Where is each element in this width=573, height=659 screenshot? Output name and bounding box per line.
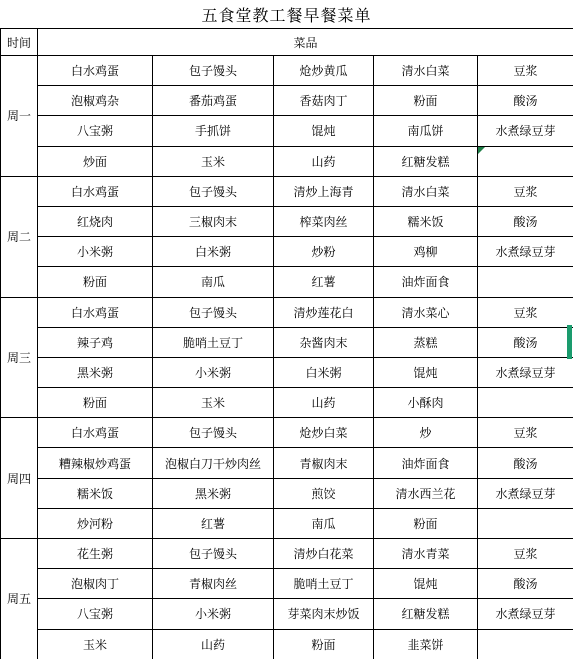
dish-cell[interactable]: 油炸面食: [374, 267, 478, 297]
dish-cell[interactable]: 青椒肉末: [274, 448, 374, 478]
selection-border-fragment: [567, 325, 572, 359]
dish-cell[interactable]: 炒: [374, 418, 478, 448]
dish-cell[interactable]: 泡椒白刀干炒肉丝: [153, 448, 274, 478]
dish-cell[interactable]: 水煮绿豆芽: [478, 116, 573, 146]
dish-cell[interactable]: 黑米粥: [153, 478, 274, 508]
dish-cell[interactable]: 油炸面食: [374, 448, 478, 478]
dish-cell[interactable]: 清水菜心: [374, 297, 478, 327]
dish-cell[interactable]: 酸汤: [478, 86, 573, 116]
menu-row: 周二 白水鸡蛋 包子馒头 清炒上海青 清水白菜 豆浆: [1, 176, 573, 206]
dish-cell[interactable]: 煎饺: [274, 478, 374, 508]
menu-row: 八宝粥 手抓饼 馄炖 南瓜饼 水煮绿豆芽: [1, 116, 573, 146]
header-dishes-cell[interactable]: 菜品: [38, 29, 573, 56]
dish-cell[interactable]: 山药: [274, 146, 374, 176]
dish-cell[interactable]: 糟辣椒炒鸡蛋: [38, 448, 153, 478]
menu-row: 泡椒鸡杂 番茄鸡蛋 香菇肉丁 粉面 酸汤: [1, 86, 573, 116]
dish-cell[interactable]: 八宝粥: [38, 599, 153, 629]
dish-cell[interactable]: [478, 146, 573, 176]
menu-row: 粉面 玉米 山药 小酥肉: [1, 388, 573, 418]
dish-cell[interactable]: 糯米饭: [38, 478, 153, 508]
dish-cell[interactable]: 青椒肉丝: [153, 569, 274, 599]
dish-cell[interactable]: 包子馒头: [153, 418, 274, 448]
dish-cell[interactable]: 红薯: [153, 508, 274, 538]
dish-cell[interactable]: 炝炒黄瓜: [274, 56, 374, 86]
dish-cell[interactable]: 杂酱肉末: [274, 327, 374, 357]
dish-cell[interactable]: 南瓜: [274, 508, 374, 538]
dish-cell[interactable]: 水煮绿豆芽: [478, 237, 573, 267]
dish-cell[interactable]: [478, 267, 573, 297]
dish-cell[interactable]: 馄炖: [374, 569, 478, 599]
header-row: 时间 菜品: [1, 29, 573, 56]
dish-cell[interactable]: 脆哨土豆丁: [153, 327, 274, 357]
dish-cell[interactable]: 白水鸡蛋: [38, 56, 153, 86]
day-label-thursday[interactable]: 周四: [1, 418, 38, 539]
menu-row: 黑米粥 小米粥 白米粥 馄炖 水煮绿豆芽: [1, 357, 573, 387]
dish-cell[interactable]: 清炒莲花白: [274, 297, 374, 327]
dish-cell[interactable]: [478, 388, 573, 418]
menu-row: 周四 白水鸡蛋 包子馒头 炝炒白菜 炒 豆浆: [1, 418, 573, 448]
dish-cell[interactable]: 清水白菜: [374, 56, 478, 86]
dish-cell[interactable]: 红糖发糕: [374, 146, 478, 176]
dish-cell[interactable]: 白水鸡蛋: [38, 418, 153, 448]
dish-cell[interactable]: 清水青菜: [374, 539, 478, 569]
dish-cell[interactable]: 脆哨土豆丁: [274, 569, 374, 599]
dish-cell[interactable]: 鸡柳: [374, 237, 478, 267]
dish-cell[interactable]: 玉米: [38, 629, 153, 659]
day-label-friday[interactable]: 周五: [1, 539, 38, 659]
menu-row: 泡椒肉丁 青椒肉丝 脆哨土豆丁 馄炖 酸汤: [1, 569, 573, 599]
menu-row: 小米粥 白米粥 炒粉 鸡柳 水煮绿豆芽: [1, 237, 573, 267]
dish-cell[interactable]: 清水白菜: [374, 176, 478, 206]
dish-cell[interactable]: 炝炒白菜: [274, 418, 374, 448]
dish-cell[interactable]: 馄炖: [274, 116, 374, 146]
menu-row: 炒面 玉米 山药 红糖发糕: [1, 146, 573, 176]
dish-cell[interactable]: 粉面: [374, 508, 478, 538]
dish-cell[interactable]: 泡椒肉丁: [38, 569, 153, 599]
dish-cell[interactable]: 清炒上海青: [274, 176, 374, 206]
dish-cell[interactable]: 玉米: [153, 146, 274, 176]
dish-cell[interactable]: 酸汤: [478, 569, 573, 599]
dish-cell[interactable]: 小米粥: [38, 237, 153, 267]
dish-cell[interactable]: 粉面: [374, 86, 478, 116]
dish-cell[interactable]: 粉面: [38, 388, 153, 418]
header-time-cell[interactable]: 时间: [1, 29, 38, 56]
dish-cell[interactable]: 包子馒头: [153, 539, 274, 569]
dish-cell[interactable]: 白水鸡蛋: [38, 297, 153, 327]
menu-row: 糯米饭 黑米粥 煎饺 清水西兰花 水煮绿豆芽: [1, 478, 573, 508]
menu-row: 周一 白水鸡蛋 包子馒头 炝炒黄瓜 清水白菜 豆浆: [1, 56, 573, 86]
dish-cell[interactable]: 白米粥: [153, 237, 274, 267]
dish-cell[interactable]: 红糖发糕: [374, 599, 478, 629]
dish-cell[interactable]: 红薯: [274, 267, 374, 297]
dish-cell[interactable]: 香菇肉丁: [274, 86, 374, 116]
dish-cell[interactable]: 酸汤: [478, 327, 573, 357]
dish-cell[interactable]: 小米粥: [153, 599, 274, 629]
day-label-tuesday[interactable]: 周二: [1, 176, 38, 297]
dish-cell[interactable]: 清炒白花菜: [274, 539, 374, 569]
dish-cell[interactable]: 黑米粥: [38, 357, 153, 387]
dish-cell[interactable]: 豆浆: [478, 176, 573, 206]
dish-cell[interactable]: 炒河粉: [38, 508, 153, 538]
dish-cell[interactable]: 山药: [153, 629, 274, 659]
dish-cell[interactable]: 馄炖: [374, 357, 478, 387]
dish-cell[interactable]: 水煮绿豆芽: [478, 478, 573, 508]
dish-cell[interactable]: 芽菜肉末炒饭: [274, 599, 374, 629]
dish-cell[interactable]: 粉面: [38, 267, 153, 297]
dish-cell[interactable]: 豆浆: [478, 56, 573, 86]
menu-row: 周三 白水鸡蛋 包子馒头 清炒莲花白 清水菜心 豆浆: [1, 297, 573, 327]
menu-row: 周五 花生粥 包子馒头 清炒白花菜 清水青菜 豆浆: [1, 539, 573, 569]
dish-cell[interactable]: 酸汤: [478, 448, 573, 478]
dish-cell[interactable]: 榨菜肉丝: [274, 206, 374, 236]
dish-cell[interactable]: 玉米: [153, 388, 274, 418]
dish-cell[interactable]: 酸汤: [478, 206, 573, 236]
day-label-wednesday[interactable]: 周三: [1, 297, 38, 418]
dish-cell[interactable]: 八宝粥: [38, 116, 153, 146]
menu-row: 八宝粥 小米粥 芽菜肉末炒饭 红糖发糕 水煮绿豆芽: [1, 599, 573, 629]
dish-cell[interactable]: 小米粥: [153, 357, 274, 387]
dish-cell[interactable]: 韭菜饼: [374, 629, 478, 659]
dish-cell[interactable]: 手抓饼: [153, 116, 274, 146]
dish-cell[interactable]: 小酥肉: [374, 388, 478, 418]
dish-cell[interactable]: [478, 508, 573, 538]
dish-cell[interactable]: 花生粥: [38, 539, 153, 569]
menu-row: 炒河粉 红薯 南瓜 粉面: [1, 508, 573, 538]
dish-cell[interactable]: 山药: [274, 388, 374, 418]
menu-row: 辣子鸡 脆哨土豆丁 杂酱肉末 蒸糕 酸汤: [1, 327, 573, 357]
dish-cell[interactable]: [478, 629, 573, 659]
dish-cell[interactable]: 包子馒头: [153, 56, 274, 86]
dish-cell[interactable]: 南瓜: [153, 267, 274, 297]
dish-cell[interactable]: 番茄鸡蛋: [153, 86, 274, 116]
dish-cell[interactable]: 豆浆: [478, 297, 573, 327]
menu-row: 玉米 山药 粉面 韭菜饼: [1, 629, 573, 659]
page-title: 五食堂教工餐早餐菜单: [0, 0, 573, 28]
day-label-monday[interactable]: 周一: [1, 56, 38, 177]
dish-cell[interactable]: 白米粥: [274, 357, 374, 387]
dish-cell[interactable]: 粉面: [274, 629, 374, 659]
dish-cell[interactable]: 泡椒鸡杂: [38, 86, 153, 116]
dish-cell[interactable]: 炒粉: [274, 237, 374, 267]
dish-cell[interactable]: 白水鸡蛋: [38, 176, 153, 206]
dish-cell[interactable]: 包子馒头: [153, 176, 274, 206]
dish-cell[interactable]: 红烧肉: [38, 206, 153, 236]
dish-cell[interactable]: 糯米饭: [374, 206, 478, 236]
dish-cell[interactable]: 包子馒头: [153, 297, 274, 327]
menu-row: 粉面 南瓜 红薯 油炸面食: [1, 267, 573, 297]
dish-cell[interactable]: 南瓜饼: [374, 116, 478, 146]
dish-cell[interactable]: 豆浆: [478, 418, 573, 448]
dish-cell[interactable]: 三椒肉末: [153, 206, 274, 236]
dish-cell[interactable]: 辣子鸡: [38, 327, 153, 357]
dish-cell[interactable]: 水煮绿豆芽: [478, 357, 573, 387]
dish-cell[interactable]: 清水西兰花: [374, 478, 478, 508]
menu-table: 时间 菜品 周一 白水鸡蛋 包子馒头 炝炒黄瓜 清水白菜 豆浆 泡椒鸡杂 番茄鸡…: [0, 28, 573, 659]
dish-cell[interactable]: 豆浆: [478, 539, 573, 569]
menu-row: 糟辣椒炒鸡蛋 泡椒白刀干炒肉丝 青椒肉末 油炸面食 酸汤: [1, 448, 573, 478]
dish-cell[interactable]: 炒面: [38, 146, 153, 176]
dish-cell[interactable]: 蒸糕: [374, 327, 478, 357]
menu-row: 红烧肉 三椒肉末 榨菜肉丝 糯米饭 酸汤: [1, 206, 573, 236]
dish-cell[interactable]: 水煮绿豆芽: [478, 599, 573, 629]
